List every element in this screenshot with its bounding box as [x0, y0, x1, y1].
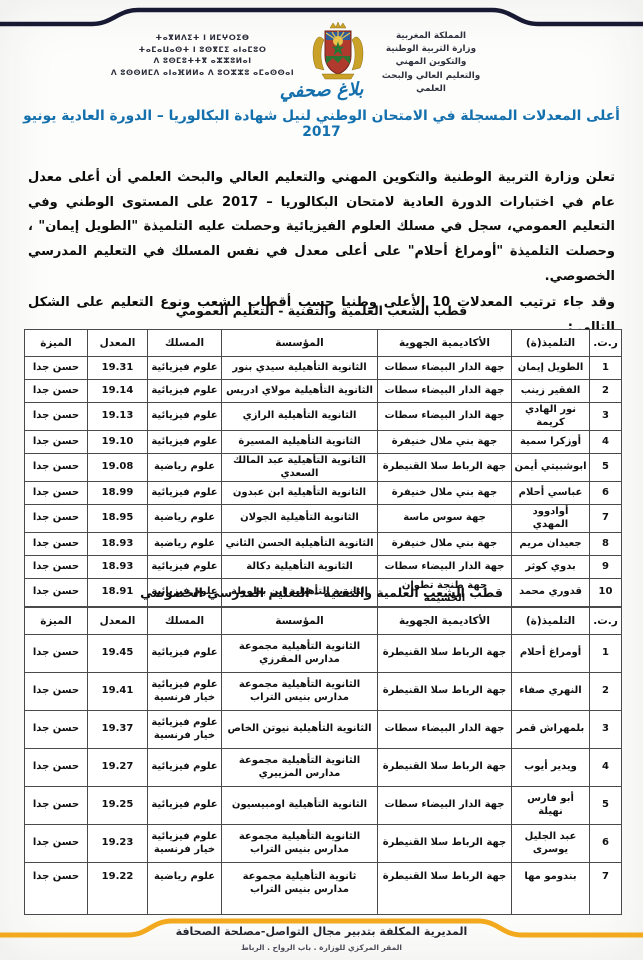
academy-cell: جهة بني ملال خنيفرة — [378, 533, 512, 556]
student-cell: عباسي أحلام — [512, 482, 590, 505]
track-cell: علوم فيزيائية — [148, 556, 222, 579]
table-header-track-cell: المسلك — [148, 608, 222, 635]
table-header-average-cell: المعدل — [88, 330, 148, 357]
student-cell: ويدير أيوب — [512, 749, 590, 787]
rank-cell: 1 — [590, 357, 622, 380]
institution-cell: الثانوية التأهيلية ابن عبدون — [222, 482, 378, 505]
tifinagh-line: ⴷ ⵓⵙⵎⵓⵜⵜⴳ ⴰⵣⵣⵓⵍⴰⵏ — [95, 55, 310, 67]
rank-cell: 2 — [590, 673, 622, 711]
table-row: 3نور الهادي كريمةجهة الدار البيضاء سطاتا… — [25, 403, 622, 431]
track-cell: علوم فيزيائية خيار فرنسية — [148, 825, 222, 863]
academy-cell: جهة الرباط سلا القنيطرة — [378, 749, 512, 787]
institution-cell: الثانوية التأهيلية الحسن الثاني — [222, 533, 378, 556]
table-row: 1الطويل إيمانجهة الدار البيضاء سطاتالثان… — [25, 357, 622, 380]
academy-cell: جهة الدار البيضاء سطات — [378, 380, 512, 403]
rank-cell: 9 — [590, 556, 622, 579]
table-header-institution-cell: المؤسسة — [222, 608, 378, 635]
table-header-academy-cell: الأكاديمية الجهوية — [378, 608, 512, 635]
table-header-row: ر.ت.التلميذ(ة)الأكاديمية الجهويةالمؤسسةا… — [25, 330, 622, 357]
rank-cell: 1 — [590, 635, 622, 673]
academy-cell: جهة الرباط سلا القنيطرة — [378, 454, 512, 482]
mention-cell: حسن جدا — [25, 454, 88, 482]
mention-cell: حسن جدا — [25, 787, 88, 825]
track-cell: علوم فيزيائية — [148, 749, 222, 787]
table-row: 2الفقير زينبجهة الدار البيضاء سطاتالثانو… — [25, 380, 622, 403]
track-cell: علوم فيزيائية — [148, 380, 222, 403]
table-header-student-cell: التلميذ(ة) — [512, 330, 590, 357]
academy-cell: جهة بني ملال خنيفرة — [378, 482, 512, 505]
rank-cell: 8 — [590, 533, 622, 556]
table-header-academy-cell: الأكاديمية الجهوية — [378, 330, 512, 357]
academy-cell: جهة الدار البيضاء سطات — [378, 556, 512, 579]
rank-cell: 3 — [590, 403, 622, 431]
student-cell: أوادوود المهدي — [512, 505, 590, 533]
institution-cell: الثانوية التأهيلية مجموعة مدارس المقرزي — [222, 635, 378, 673]
institution-cell: الثانوية التأهيلية عبد المالك السعدي — [222, 454, 378, 482]
rank-cell: 6 — [590, 825, 622, 863]
institution-cell: الثانوية التأهيلية نيوتن الخاص — [222, 711, 378, 749]
table-row: 3بلمهراش قمرجهة الدار البيضاء سطاتالثانو… — [25, 711, 622, 749]
academy-cell: جهة الرباط سلا القنيطرة — [378, 673, 512, 711]
academy-cell: جهة الدار البيضاء سطات — [378, 787, 512, 825]
table-header-mention-cell: الميزة — [25, 608, 88, 635]
page-title: أعلى المعدلات المسجلة في الامتحان الوطني… — [10, 108, 633, 140]
body-paragraph: تعلن وزارة التربية الوطنية والتكوين المه… — [28, 166, 615, 289]
morocco-coat-of-arms-icon — [308, 20, 368, 84]
table-row: 2النهري صفاءجهة الرباط سلا القنيطرةالثان… — [25, 673, 622, 711]
footer-address: المقر المركزي للوزارة . باب الرواح . الر… — [0, 943, 643, 952]
track-cell: علوم فيزيائية خيار فرنسية — [148, 711, 222, 749]
rank-cell: 6 — [590, 482, 622, 505]
average-cell: 18.99 — [88, 482, 148, 505]
table-row: 5أبو فارس نهيلةجهة الدار البيضاء سطاتالث… — [25, 787, 622, 825]
table-header-track-cell: المسلك — [148, 330, 222, 357]
average-cell: 18.93 — [88, 556, 148, 579]
table-header-rank-cell: ر.ت. — [590, 608, 622, 635]
academy-cell: جهة الدار البيضاء سطات — [378, 357, 512, 380]
student-cell: أومراغ أحلام — [512, 635, 590, 673]
table-row: 5ابوشبيتي أيمنجهة الرباط سلا القنيطرةالث… — [25, 454, 622, 482]
mention-cell: حسن جدا — [25, 403, 88, 431]
table-row: 6عبد الجليل يوسرىجهة الرباط سلا القنيطرة… — [25, 825, 622, 863]
average-cell: 19.45 — [88, 635, 148, 673]
academy-cell: جهة الرباط سلا القنيطرة — [378, 825, 512, 863]
academy-cell: جهة الرباط سلا القنيطرة — [378, 635, 512, 673]
table-header-student-cell: التلميذ(ة) — [512, 608, 590, 635]
institution-cell: الثانوية التأهيلية اومبيسيون — [222, 787, 378, 825]
top-averages-table-private: ر.ت.التلميذ(ة)الأكاديمية الجهويةالمؤسسةا… — [24, 607, 622, 915]
ministry-line: المملكة المغربية — [372, 30, 490, 43]
mention-cell: حسن جدا — [25, 357, 88, 380]
track-cell: علوم رياضية — [148, 505, 222, 533]
track-cell: علوم رياضية — [148, 454, 222, 482]
mention-cell: حسن جدا — [25, 673, 88, 711]
rank-cell: 2 — [590, 380, 622, 403]
table-header-institution-cell: المؤسسة — [222, 330, 378, 357]
average-cell: 19.41 — [88, 673, 148, 711]
track-cell: علوم رياضية — [148, 533, 222, 556]
footer-rule — [0, 888, 643, 948]
student-cell: أوزكرا سمية — [512, 431, 590, 454]
average-cell: 18.93 — [88, 533, 148, 556]
academy-cell: جهة الدار البيضاء سطات — [378, 711, 512, 749]
mention-cell: حسن جدا — [25, 380, 88, 403]
track-cell: علوم فيزيائية — [148, 787, 222, 825]
mention-cell: حسن جدا — [25, 749, 88, 787]
track-cell: علوم فيزيائية — [148, 431, 222, 454]
footer-directorate: المديرية المكلفة بتدبير مجال التواصل-مصل… — [0, 925, 643, 938]
average-cell: 19.25 — [88, 787, 148, 825]
average-cell: 19.31 — [88, 357, 148, 380]
average-cell: 19.23 — [88, 825, 148, 863]
average-cell: 19.13 — [88, 403, 148, 431]
table-title-private-education: قطب الشعب العلمية والتقنية - التعليم الم… — [0, 585, 643, 600]
tifinagh-line: ⴷ ⵓⵙⵙⵍⵎⴷ ⴰⵏⴰⴼⵍⵍⴰ ⴷ ⵓⵔⵣⵣⵓ ⴰⵎⴰⵙⵙⴰⵏ — [95, 67, 310, 79]
rank-cell: 5 — [590, 787, 622, 825]
average-cell: 19.27 — [88, 749, 148, 787]
table-header-average-cell: المعدل — [88, 608, 148, 635]
institution-cell: الثانوية التأهيلية مولاي ادريس — [222, 380, 378, 403]
student-cell: ابوشبيتي أيمن — [512, 454, 590, 482]
rank-cell: 7 — [590, 505, 622, 533]
student-cell: جعيدان مريم — [512, 533, 590, 556]
track-cell: علوم فيزيائية خيار فرنسية — [148, 673, 222, 711]
student-cell: النهري صفاء — [512, 673, 590, 711]
student-cell: نور الهادي كريمة — [512, 403, 590, 431]
institution-cell: الثانوية التأهيلية مجموعة مدارس بنيس الت… — [222, 673, 378, 711]
mention-cell: حسن جدا — [25, 505, 88, 533]
table-header-mention-cell: الميزة — [25, 330, 88, 357]
table-row: 8جعيدان مريمجهة بني ملال خنيفرةالثانوية … — [25, 533, 622, 556]
tifinagh-line: ⵜⴰⴳⵍⴷⵉⵜ ⵏ ⵍⵎⵖⵔⵉⴱ — [95, 32, 310, 44]
student-cell: الفقير زينب — [512, 380, 590, 403]
average-cell: 19.14 — [88, 380, 148, 403]
table-row: 4أوزكرا سميةجهة بني ملال خنيفرةالثانوية … — [25, 431, 622, 454]
student-cell: عبد الجليل يوسرى — [512, 825, 590, 863]
student-cell: أبو فارس نهيلة — [512, 787, 590, 825]
student-cell: الطويل إيمان — [512, 357, 590, 380]
table-row: 1أومراغ أحلامجهة الرباط سلا القنيطرةالثا… — [25, 635, 622, 673]
track-cell: علوم فيزيائية — [148, 357, 222, 380]
academy-cell: جهة الدار البيضاء سطات — [378, 403, 512, 431]
average-cell: 19.37 — [88, 711, 148, 749]
rank-cell: 5 — [590, 454, 622, 482]
mention-cell: حسن جدا — [25, 825, 88, 863]
rank-cell: 3 — [590, 711, 622, 749]
institution-cell: الثانوية التأهيلية دكالة — [222, 556, 378, 579]
institution-cell: الثانوية التأهيلية مجموعة مدارس المزييري — [222, 749, 378, 787]
mention-cell: حسن جدا — [25, 556, 88, 579]
academy-cell: جهة بني ملال خنيفرة — [378, 431, 512, 454]
press-release-page: ⵜⴰⴳⵍⴷⵉⵜ ⵏ ⵍⵎⵖⵔⵉⴱ ⵜⴰⵎⴰⵡⴰⵙⵜ ⵏ ⵓⵙⴳⵎⵉ ⴰⵏⴰⵎⵓⵔ… — [0, 0, 643, 960]
table-header-row: ر.ت.التلميذ(ة)الأكاديمية الجهويةالمؤسسةا… — [25, 608, 622, 635]
mention-cell: حسن جدا — [25, 482, 88, 505]
table-title-public-education: قطب الشعب العلمية والتقنية - التعليم الع… — [0, 303, 643, 318]
student-cell: بلمهراش قمر — [512, 711, 590, 749]
rank-cell: 4 — [590, 749, 622, 787]
track-cell: علوم فيزيائية — [148, 635, 222, 673]
track-cell: علوم فيزيائية — [148, 482, 222, 505]
institution-cell: الثانوية التأهيلية الرازي — [222, 403, 378, 431]
institution-cell: الثانوية التأهيلية مجموعة مدارس بنيس الت… — [222, 825, 378, 863]
mention-cell: حسن جدا — [25, 533, 88, 556]
ministry-line: والتكوين المهني — [372, 56, 490, 69]
average-cell: 19.10 — [88, 431, 148, 454]
mention-cell: حسن جدا — [25, 711, 88, 749]
mention-cell: حسن جدا — [25, 431, 88, 454]
table-row: 9بدوي كوثرجهة الدار البيضاء سطاتالثانوية… — [25, 556, 622, 579]
student-cell: بدوي كوثر — [512, 556, 590, 579]
table-row: 4ويدير أيوبجهة الرباط سلا القنيطرةالثانو… — [25, 749, 622, 787]
institution-cell: الثانوية التأهيلية المسيرة — [222, 431, 378, 454]
top-averages-table-public: ر.ت.التلميذ(ة)الأكاديمية الجهويةالمؤسسةا… — [24, 329, 622, 607]
academy-cell: جهة سوس ماسة — [378, 505, 512, 533]
average-cell: 19.08 — [88, 454, 148, 482]
rank-cell: 4 — [590, 431, 622, 454]
table-header-rank-cell: ر.ت. — [590, 330, 622, 357]
ministry-line: وزارة التربية الوطنية — [372, 43, 490, 56]
table-row: 7أوادوود المهديجهة سوس ماسةالثانوية التأ… — [25, 505, 622, 533]
table-row: 6عباسي أحلامجهة بني ملال خنيفرةالثانوية … — [25, 482, 622, 505]
average-cell: 18.95 — [88, 505, 148, 533]
ministry-name-tifinagh: ⵜⴰⴳⵍⴷⵉⵜ ⵏ ⵍⵎⵖⵔⵉⴱ ⵜⴰⵎⴰⵡⴰⵙⵜ ⵏ ⵓⵙⴳⵎⵉ ⴰⵏⴰⵎⵓⵔ… — [95, 32, 310, 79]
tifinagh-line: ⵜⴰⵎⴰⵡⴰⵙⵜ ⵏ ⵓⵙⴳⵎⵉ ⴰⵏⴰⵎⵓⵔ — [95, 44, 310, 56]
institution-cell: الثانوية التأهيلية سيدي بنور — [222, 357, 378, 380]
track-cell: علوم فيزيائية — [148, 403, 222, 431]
institution-cell: الثانوية التأهيلية الجولان — [222, 505, 378, 533]
mention-cell: حسن جدا — [25, 635, 88, 673]
